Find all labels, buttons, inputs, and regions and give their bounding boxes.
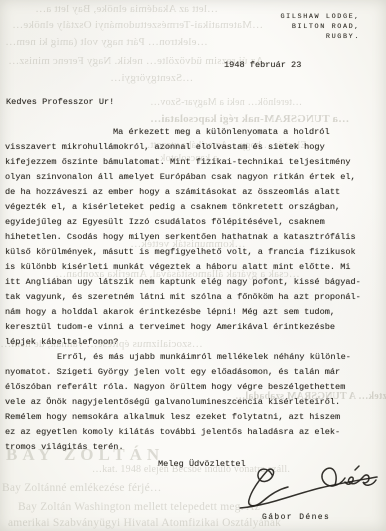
bleedthrough-text: …elektron… Párt nagy volt (amíg ki nem…: [5, 36, 208, 48]
body-line: külső körülmények, másutt is megfigyelhe…: [5, 245, 381, 260]
typed-signature-name: Gábor Dénes: [262, 513, 330, 522]
bleedthrough-text: …terelnök… neki a Magyar-Szov…: [150, 97, 302, 108]
sender-address-line-2: BILTON ROAD,: [280, 22, 360, 32]
sender-address-line-1: GILSHAW LODGE,: [280, 12, 360, 22]
letter-body: Ma érkezett meg a különlenyomata a holdr…: [5, 125, 381, 455]
bleedthrough-text: …Matematikai-Természettudományi Osztály …: [12, 19, 263, 31]
bleedthrough-text: …a TUNGSRAM-nak régi kapcsolatai…: [150, 113, 349, 125]
body-line: keresztül tudom-e vinni a terveimet hogy…: [5, 320, 381, 335]
body-line: Ma érkezett meg a különlenyomata a holdr…: [5, 125, 381, 140]
body-line: ez az egyetlen komoly kilátás további je…: [5, 425, 381, 440]
body-line: egyidejűleg az Egyesült Izzó csudálatos …: [5, 215, 381, 230]
body-line: olyan szinvonalon áll amelyet Európában …: [5, 170, 381, 185]
bleedthrough-text: Bay Zoltánné emlékezése férjé…: [2, 482, 162, 494]
body-line: vele az Önök nagyjelentőségű galvanolumi…: [5, 395, 381, 410]
bleedthrough-text: amerikai Szabványügyi Hivatal Atomfizika…: [8, 517, 281, 529]
body-line: is különbb kisérleti munkát végeztek a h…: [5, 260, 381, 275]
body-line: nyomatot. Szigeti György jelen volt egy …: [5, 365, 381, 380]
body-line: itt Angliában ugy látszik nem kaptunk el…: [5, 275, 381, 290]
body-line: Remélem hogy nemsokára alkalmuk lesz eze…: [5, 410, 381, 425]
sender-address-line-3: RUGBY.: [280, 32, 360, 42]
signature-stroke: [249, 469, 288, 506]
signature-stroke: [355, 466, 359, 470]
body-line: de ha hozzáveszi az ember hogy a számitá…: [5, 185, 381, 200]
bleedthrough-text: Bay Zoltán Washington mellett telepedett…: [18, 501, 260, 513]
body-line: tromos világitás terén.: [5, 440, 381, 455]
letter-date: 1948 február 23: [224, 60, 301, 70]
scanned-letter-page: …lett az Akadémia elnöke, Bay lett a… …M…: [0, 0, 386, 531]
body-line: nám hogy a holddal akarok érintkezésbe l…: [5, 305, 381, 320]
letterhead-sender-address: GILSHAW LODGE, BILTON ROAD, RUGBY.: [280, 12, 360, 42]
closing-salutation: Meleg Üdvözlettel: [158, 459, 246, 469]
body-line: végezték el, a kisérleteket pedig a csak…: [5, 200, 381, 215]
body-line: hihetetlen. Csodás hogy milyen serkentőe…: [5, 230, 381, 245]
body-line: visszavert mikrohullámokról, azonnal elo…: [5, 140, 381, 155]
body-line: lépjek kábeltelefonon?: [5, 335, 381, 350]
handwritten-signature: [238, 461, 380, 511]
salutation: Kedves Professzor Ur!: [6, 97, 114, 107]
body-line: kifejezzem őszinte bámulatomat. Mint fiz…: [5, 155, 381, 170]
body-line: élőszóban referált róla. Nagyon örültem …: [5, 380, 381, 395]
signature-stroke: [322, 468, 376, 486]
body-line: Erről, és más ujabb munkáimról mellékele…: [5, 350, 381, 365]
bleedthrough-text: …lett az Akadémia elnöke, Bay lett a…: [35, 3, 218, 15]
bleedthrough-text: …Szentgyörgyi…: [110, 72, 193, 84]
body-line: tak vagyunk, és szeretném látni mit szól…: [5, 290, 381, 305]
